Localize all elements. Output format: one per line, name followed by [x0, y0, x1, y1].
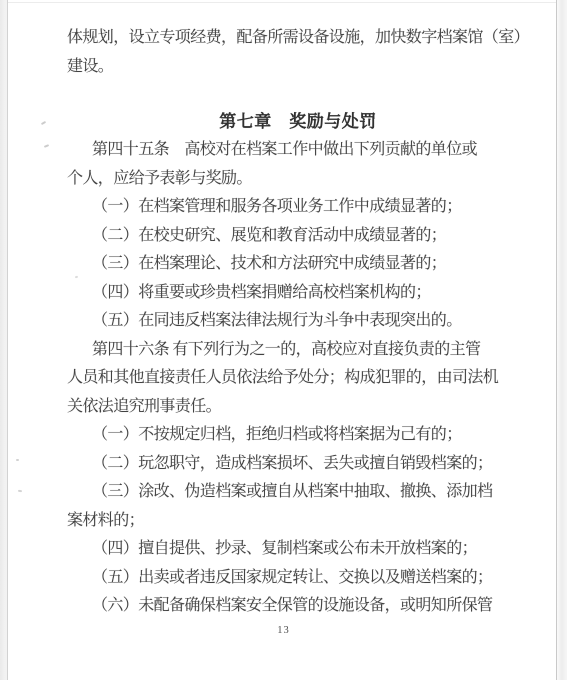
page-right-edge	[556, 0, 567, 680]
text-line: （一）不按规定归档，拒绝归档或将档案据为己有的；	[67, 421, 529, 450]
text-line: 建设。	[67, 53, 529, 82]
text-line: 关依法追究刑事责任。	[67, 393, 529, 422]
scan-speckle	[16, 459, 19, 461]
scan-speckle	[44, 144, 49, 148]
document-body: 体规划，设立专项经费，配备所需设备设施，加快数字档案馆（室） 建设。 第七章 奖…	[67, 24, 529, 621]
page-left-edge	[0, 0, 8, 680]
text-line: （五）在同违反档案法律法规行为斗争中表现突出的。	[67, 307, 529, 336]
text-line: 人员和其他直接责任人员依法给予处分；构成犯罪的，由司法机	[67, 364, 529, 393]
text-line: 个人，应给予表彰与奖励。	[67, 165, 529, 194]
scan-speckle	[18, 490, 22, 493]
text-line: 第四十六条 有下列行为之一的，高校应对直接负责的主管	[67, 336, 529, 365]
text-line: 第四十五条 高校对在档案工作中做出下列贡献的单位或	[67, 136, 529, 165]
chapter-heading: 第七章 奖励与处罚	[67, 108, 529, 137]
text-line: （一）在档案管理和服务各项业务工作中成绩显著的；	[67, 193, 529, 222]
text-line: （二）在校史研究、展览和教育活动中成绩显著的；	[67, 222, 529, 251]
text-line: 体规划，设立专项经费，配备所需设备设施，加快数字档案馆（室）	[67, 24, 529, 53]
text-line: （六）未配备确保档案安全保管的设施设备，或明知所保管	[67, 592, 529, 621]
text-line: 案材料的；	[67, 507, 529, 536]
page-number: 13	[0, 625, 567, 636]
text-line: （五）出卖或者违反国家规定转让、交换以及赠送档案的；	[67, 564, 529, 593]
page-top-edge	[8, 2, 556, 3]
text-line: （二）玩忽职守，造成档案损坏、丢失或擅自销毁档案的；	[67, 450, 529, 479]
text-line: （三）涂改、伪造档案或擅自从档案中抽取、撤换、添加档	[67, 478, 529, 507]
text-line: （三）在档案理论、技术和方法研究中成绩显著的；	[67, 250, 529, 279]
text-line: （四）将重要或珍贵档案捐赠给高校档案机构的；	[67, 279, 529, 308]
scan-speckle	[41, 121, 46, 125]
text-line: （四）擅自提供、抄录、复制档案或公布未开放档案的；	[67, 535, 529, 564]
